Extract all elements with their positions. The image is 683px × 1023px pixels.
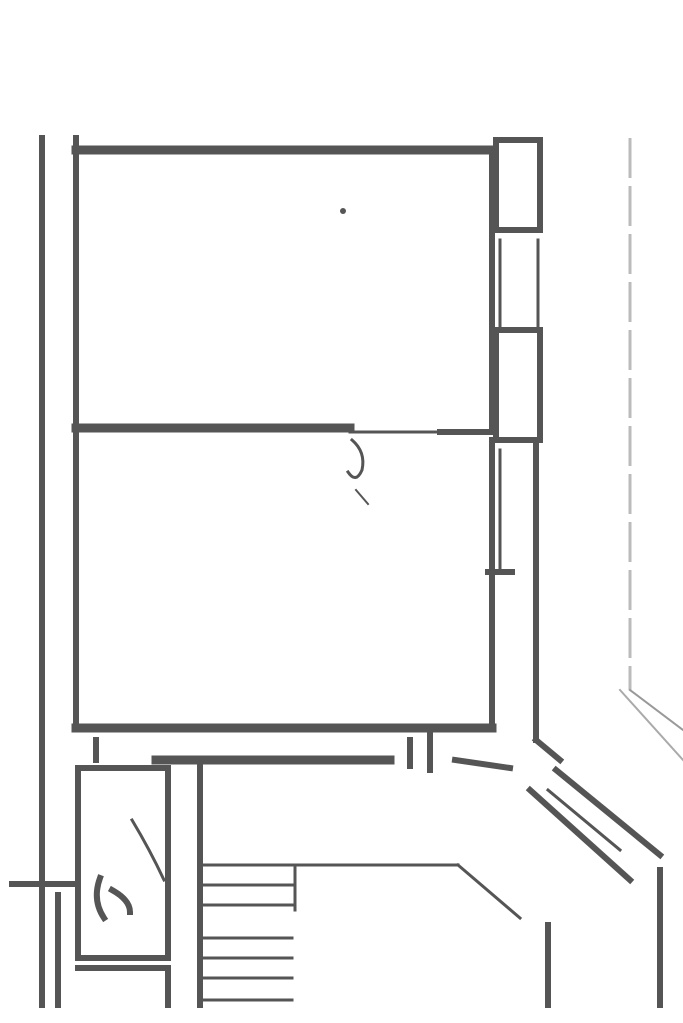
lower-room [76, 432, 536, 740]
upper-room [76, 140, 540, 440]
floor-plan [0, 0, 683, 1023]
small-room-left [12, 768, 168, 1005]
right-boundary [620, 138, 683, 760]
left-outer-walls [42, 138, 76, 1005]
marker-dot [340, 208, 346, 214]
staircase [200, 865, 548, 1005]
